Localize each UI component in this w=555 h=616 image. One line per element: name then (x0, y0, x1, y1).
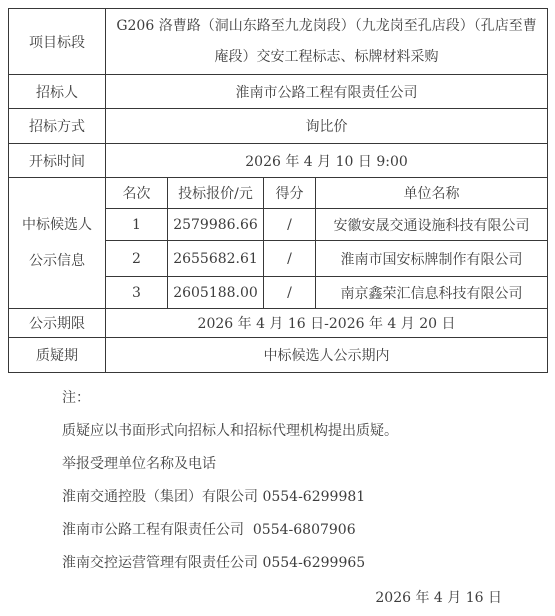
notes-section: 注： 质疑应以书面形式向招标人和招标代理机构提出质疑。 举报受理单位名称及电话 … (62, 388, 555, 586)
objection-period-label: 质疑期 (9, 338, 106, 373)
announcement-table: 项目标段 G206 洛曹路（洞山东路至九龙岗段）（九龙岗至孔店段）（孔店至曹庵段… (8, 8, 548, 373)
opening-time-label: 开标时间 (9, 144, 106, 178)
candidate-1-company: 安徽安晟交通设施科技有限公司 (316, 209, 548, 241)
candidate-2-company: 淮南市国安标牌制作有限公司 (316, 241, 548, 277)
column-header-score: 得分 (264, 178, 316, 209)
candidate-2-rank: 2 (106, 241, 168, 277)
note-report-unit-2: 淮南市公路工程有限责任公司 0554-6807906 (62, 520, 555, 540)
opening-time-value: 2026 年 4 月 10 日 9:00 (106, 144, 548, 178)
candidate-3-company: 南京鑫荣汇信息科技有限公司 (316, 277, 548, 309)
candidate-2-score: / (264, 241, 316, 277)
note-report-units-heading: 举报受理单位名称及电话 (62, 454, 555, 474)
candidate-1-rank: 1 (106, 209, 168, 241)
note-objection-instruction: 质疑应以书面形式向招标人和招标代理机构提出质疑。 (62, 421, 555, 441)
candidate-3-score: / (264, 277, 316, 309)
column-header-price: 投标报价/元 (168, 178, 264, 209)
table-row: 项目标段 G206 洛曹路（洞山东路至九龙岗段）（九龙岗至孔店段）（孔店至曹庵段… (9, 9, 548, 75)
table-row: 质疑期 中标候选人公示期内 (9, 338, 548, 373)
document-date: 2026 年 4 月 16 日 (375, 590, 502, 606)
tenderer-label: 招标人 (9, 75, 106, 109)
candidate-3-price: 2605188.00 (168, 277, 264, 309)
table-row: 公示期限 2026 年 4 月 16 日-2026 年 4 月 20 日 (9, 309, 548, 338)
note-title: 注： (62, 388, 555, 408)
tenderer-value: 淮南市公路工程有限责任公司 (106, 75, 548, 109)
publicity-period-label: 公示期限 (9, 309, 106, 338)
candidates-label-line1: 中标候选人 (13, 207, 101, 243)
note-report-unit-3: 淮南交控运营管理有限责任公司 0554-6299965 (62, 553, 555, 573)
table-row: 招标方式 询比价 (9, 109, 548, 144)
candidates-section-label: 中标候选人 公示信息 (9, 178, 106, 309)
column-header-company: 单位名称 (316, 178, 548, 209)
bid-result-announcement-document: 项目标段 G206 洛曹路（洞山东路至九龙岗段）（九龙岗至孔店段）（孔店至曹庵段… (0, 0, 555, 616)
column-header-rank: 名次 (106, 178, 168, 209)
candidates-header-row: 中标候选人 公示信息 名次 投标报价/元 得分 单位名称 (9, 178, 548, 209)
bidding-method-label: 招标方式 (9, 109, 106, 144)
table-row: 招标人 淮南市公路工程有限责任公司 (9, 75, 548, 109)
candidate-2-price: 2655682.61 (168, 241, 264, 277)
project-section-label: 项目标段 (9, 9, 106, 75)
candidate-1-price: 2579986.66 (168, 209, 264, 241)
note-report-unit-1: 淮南交通控股（集团）有限公司 0554-6299981 (62, 487, 555, 507)
candidates-label-line2: 公示信息 (13, 243, 101, 279)
candidate-1-score: / (264, 209, 316, 241)
publicity-period-value: 2026 年 4 月 16 日-2026 年 4 月 20 日 (106, 309, 548, 338)
project-section-value: G206 洛曹路（洞山东路至九龙岗段）（九龙岗至孔店段）（孔店至曹庵段）交安工程… (106, 9, 548, 75)
candidate-3-rank: 3 (106, 277, 168, 309)
table-row: 开标时间 2026 年 4 月 10 日 9:00 (9, 144, 548, 178)
bidding-method-value: 询比价 (106, 109, 548, 144)
objection-period-value: 中标候选人公示期内 (106, 338, 548, 373)
